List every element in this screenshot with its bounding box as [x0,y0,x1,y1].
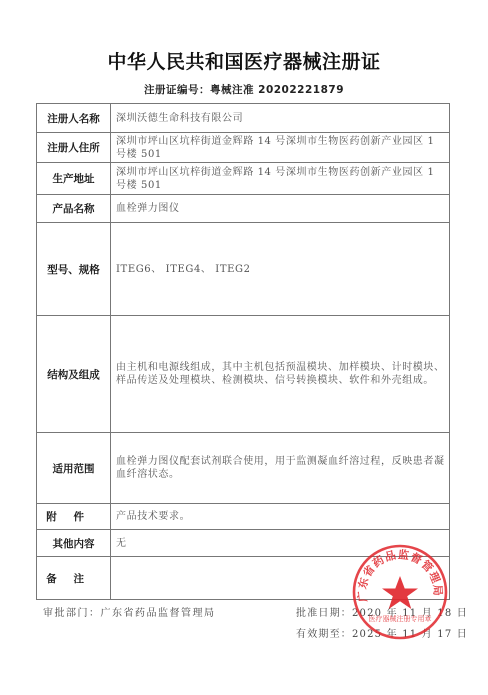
structure-composition: 由主机和电源线组成，其中主机包括预温模块、加样模块、计时模块、样品传送及处理模块… [111,316,450,433]
table-row: 结构及组成 由主机和电源线组成，其中主机包括预温模块、加样模块、计时模块、样品传… [37,316,450,433]
approval-date: 批准日期：2020 年 11 月 18 日 [296,604,468,619]
remarks [111,557,450,600]
document-title: 中华人民共和国医疗器械注册证 [0,47,488,74]
registration-number: 注册证编号：粤械注准 20202221879 [0,82,488,97]
model-spec: ITEG6、 ITEG4、 ITEG2 [111,223,450,316]
certificate-table: 注册人名称 深圳沃德生命科技有限公司 注册人住所 深圳市坪山区坑梓街道金辉路 1… [36,103,450,600]
table-row: 生产地址 深圳市坪山区坑梓街道金辉路 14 号深圳市生物医药创新产业园区 1 号… [37,163,450,195]
scope-of-application: 血栓弹力图仪配套试剂联合使用，用于监测凝血纤溶过程，反映患者凝血纤溶状态。 [111,433,450,504]
product-name: 血栓弹力图仪 [111,195,450,223]
valid-until: 有效期至：2025 年 11 月 17 日 [296,625,468,640]
row-label: 注册人名称 [37,104,111,133]
row-label: 生产地址 [37,163,111,195]
row-label: 结构及组成 [37,316,111,433]
row-label: 备注 [37,557,111,600]
attachments: 产品技术要求。 [111,504,450,530]
registrant-name: 深圳沃德生命科技有限公司 [111,104,450,133]
table-row: 型号、规格 ITEG6、 ITEG4、 ITEG2 [37,223,450,316]
row-label: 型号、规格 [37,223,111,316]
production-address: 深圳市坪山区坑梓街道金辉路 14 号深圳市生物医药创新产业园区 1 号楼 501 [111,163,450,195]
table-row: 产品名称 血栓弹力图仪 [37,195,450,223]
row-label: 产品名称 [37,195,111,223]
row-label: 其他内容 [37,530,111,557]
row-label: 适用范围 [37,433,111,504]
table-row: 其他内容 无 [37,530,450,557]
registrant-address: 深圳市坪山区坑梓街道金辉路 14 号深圳市生物医药创新产业园区 1 号楼 501 [111,133,450,163]
row-label: 注册人住所 [37,133,111,163]
other-content: 无 [111,530,450,557]
table-row: 备注 [37,557,450,600]
table-row: 附件 产品技术要求。 [37,504,450,530]
approval-department: 审批部门：广东省药品监督管理局 [43,604,216,619]
table-row: 适用范围 血栓弹力图仪配套试剂联合使用，用于监测凝血纤溶过程，反映患者凝血纤溶状… [37,433,450,504]
table-row: 注册人名称 深圳沃德生命科技有限公司 [37,104,450,133]
table-row: 注册人住所 深圳市坪山区坑梓街道金辉路 14 号深圳市生物医药创新产业园区 1 … [37,133,450,163]
row-label: 附件 [37,504,111,530]
